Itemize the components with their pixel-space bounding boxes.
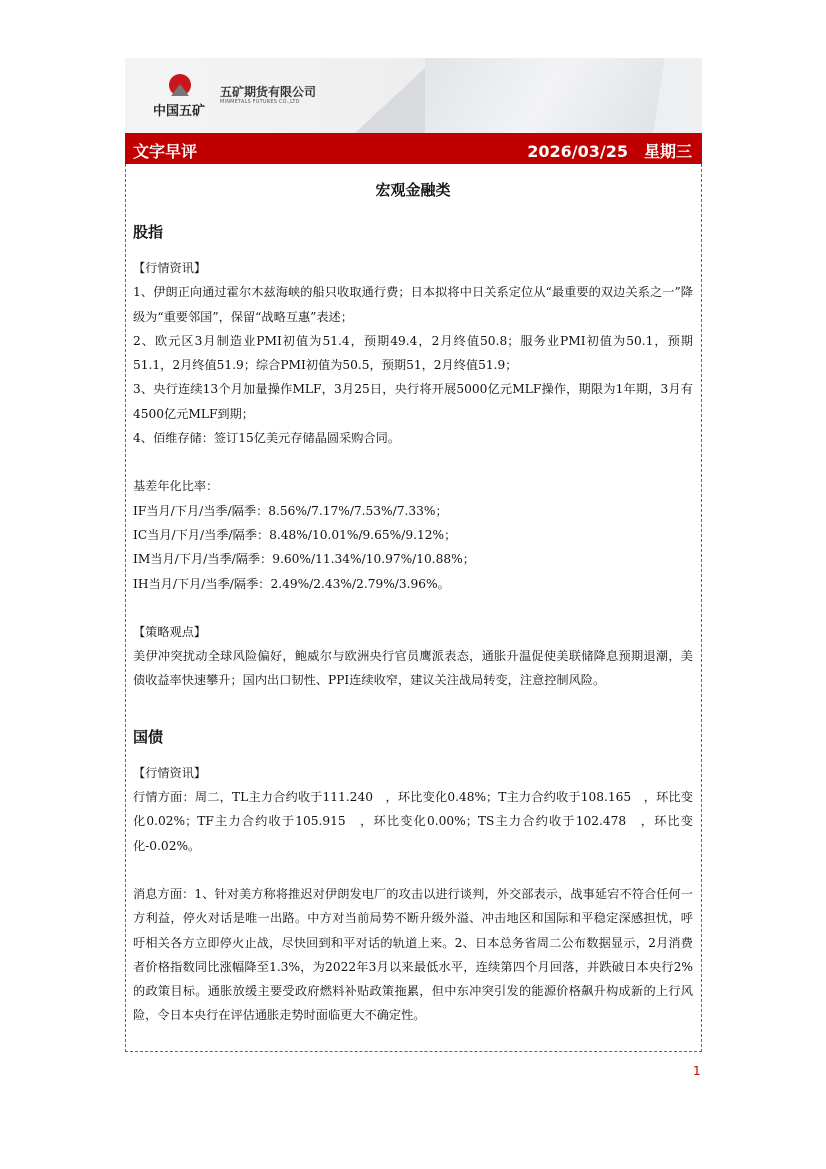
page-number: 1 [693,1064,701,1078]
company-name: 五矿期货有限公司 [220,83,316,100]
basis-row: IF当月/下月/当季/隔季：8.56%/7.17%/7.53%/7.33%； [133,499,693,523]
basis-row: IM当月/下月/当季/隔季：9.60%/11.34%/10.97%/10.88%… [133,547,693,571]
news-item: 1、伊朗正向通过霍尔木兹海峡的船只收取通行费；日本拟将中日关系定位从“最重要的双… [133,280,693,329]
report-weekday: 星期三 [644,142,692,161]
news-text: 消息方面：1、针对美方称将推迟对伊朗发电厂的攻击以进行谈判，外交部表示，战事延宕… [133,882,693,1028]
company-name-en: MINMETALS FUTURES CO.,LTD [220,99,300,105]
banner-decoration [355,68,425,133]
basis-row: IC当月/下月/当季/隔季：8.48%/10.01%/9.65%/9.12%； [133,523,693,547]
report-body: 宏观金融类 股指 【行情资讯】 1、伊朗正向通过霍尔木兹海峡的船只收取通行费；日… [133,176,693,1028]
header-banner: 中国五矿 五矿期货有限公司 MINMETALS FUTURES CO.,LTD [125,58,702,133]
news-label: 【行情资讯】 [133,761,693,785]
doc-title: 宏观金融类 [133,176,693,204]
minmetals-logo-icon [169,74,191,96]
news-item: 3、央行连续13个月加量操作MLF，3月25日，央行将开展5000亿元MLF操作… [133,377,693,426]
logo-text: 中国五矿 [153,100,205,119]
section-title-stock-index: 股指 [133,218,693,246]
section-title-treasury: 国债 [133,723,693,751]
basis-label: 基差年化比率： [133,474,693,498]
report-date: 2026/03/25 [527,142,628,161]
news-item: 2、欧元区3月制造业PMI初值为51.4，预期49.4，2月终值50.8；服务业… [133,329,693,378]
report-date-group: 2026/03/25星期三 [511,139,692,162]
market-text: 行情方面：周二，TL主力合约收于111.240 ，环比变化0.48%；T主力合约… [133,785,693,858]
report-type: 文字早评 [133,139,197,162]
news-label: 【行情资讯】 [133,256,693,280]
banner-decoration [425,58,665,133]
news-item: 4、佰维存储：签订15亿美元存储晶圆采购合同。 [133,426,693,450]
strategy-text: 美伊冲突扰动全球风险偏好，鲍威尔与欧洲央行官员鹰派表态，通胀升温促使美联储降息预… [133,644,693,693]
report-title-bar: 文字早评 2026/03/25星期三 [125,133,702,164]
strategy-label: 【策略观点】 [133,620,693,644]
basis-row: IH当月/下月/当季/隔季：2.49%/2.43%/2.79%/3.96%。 [133,572,693,596]
